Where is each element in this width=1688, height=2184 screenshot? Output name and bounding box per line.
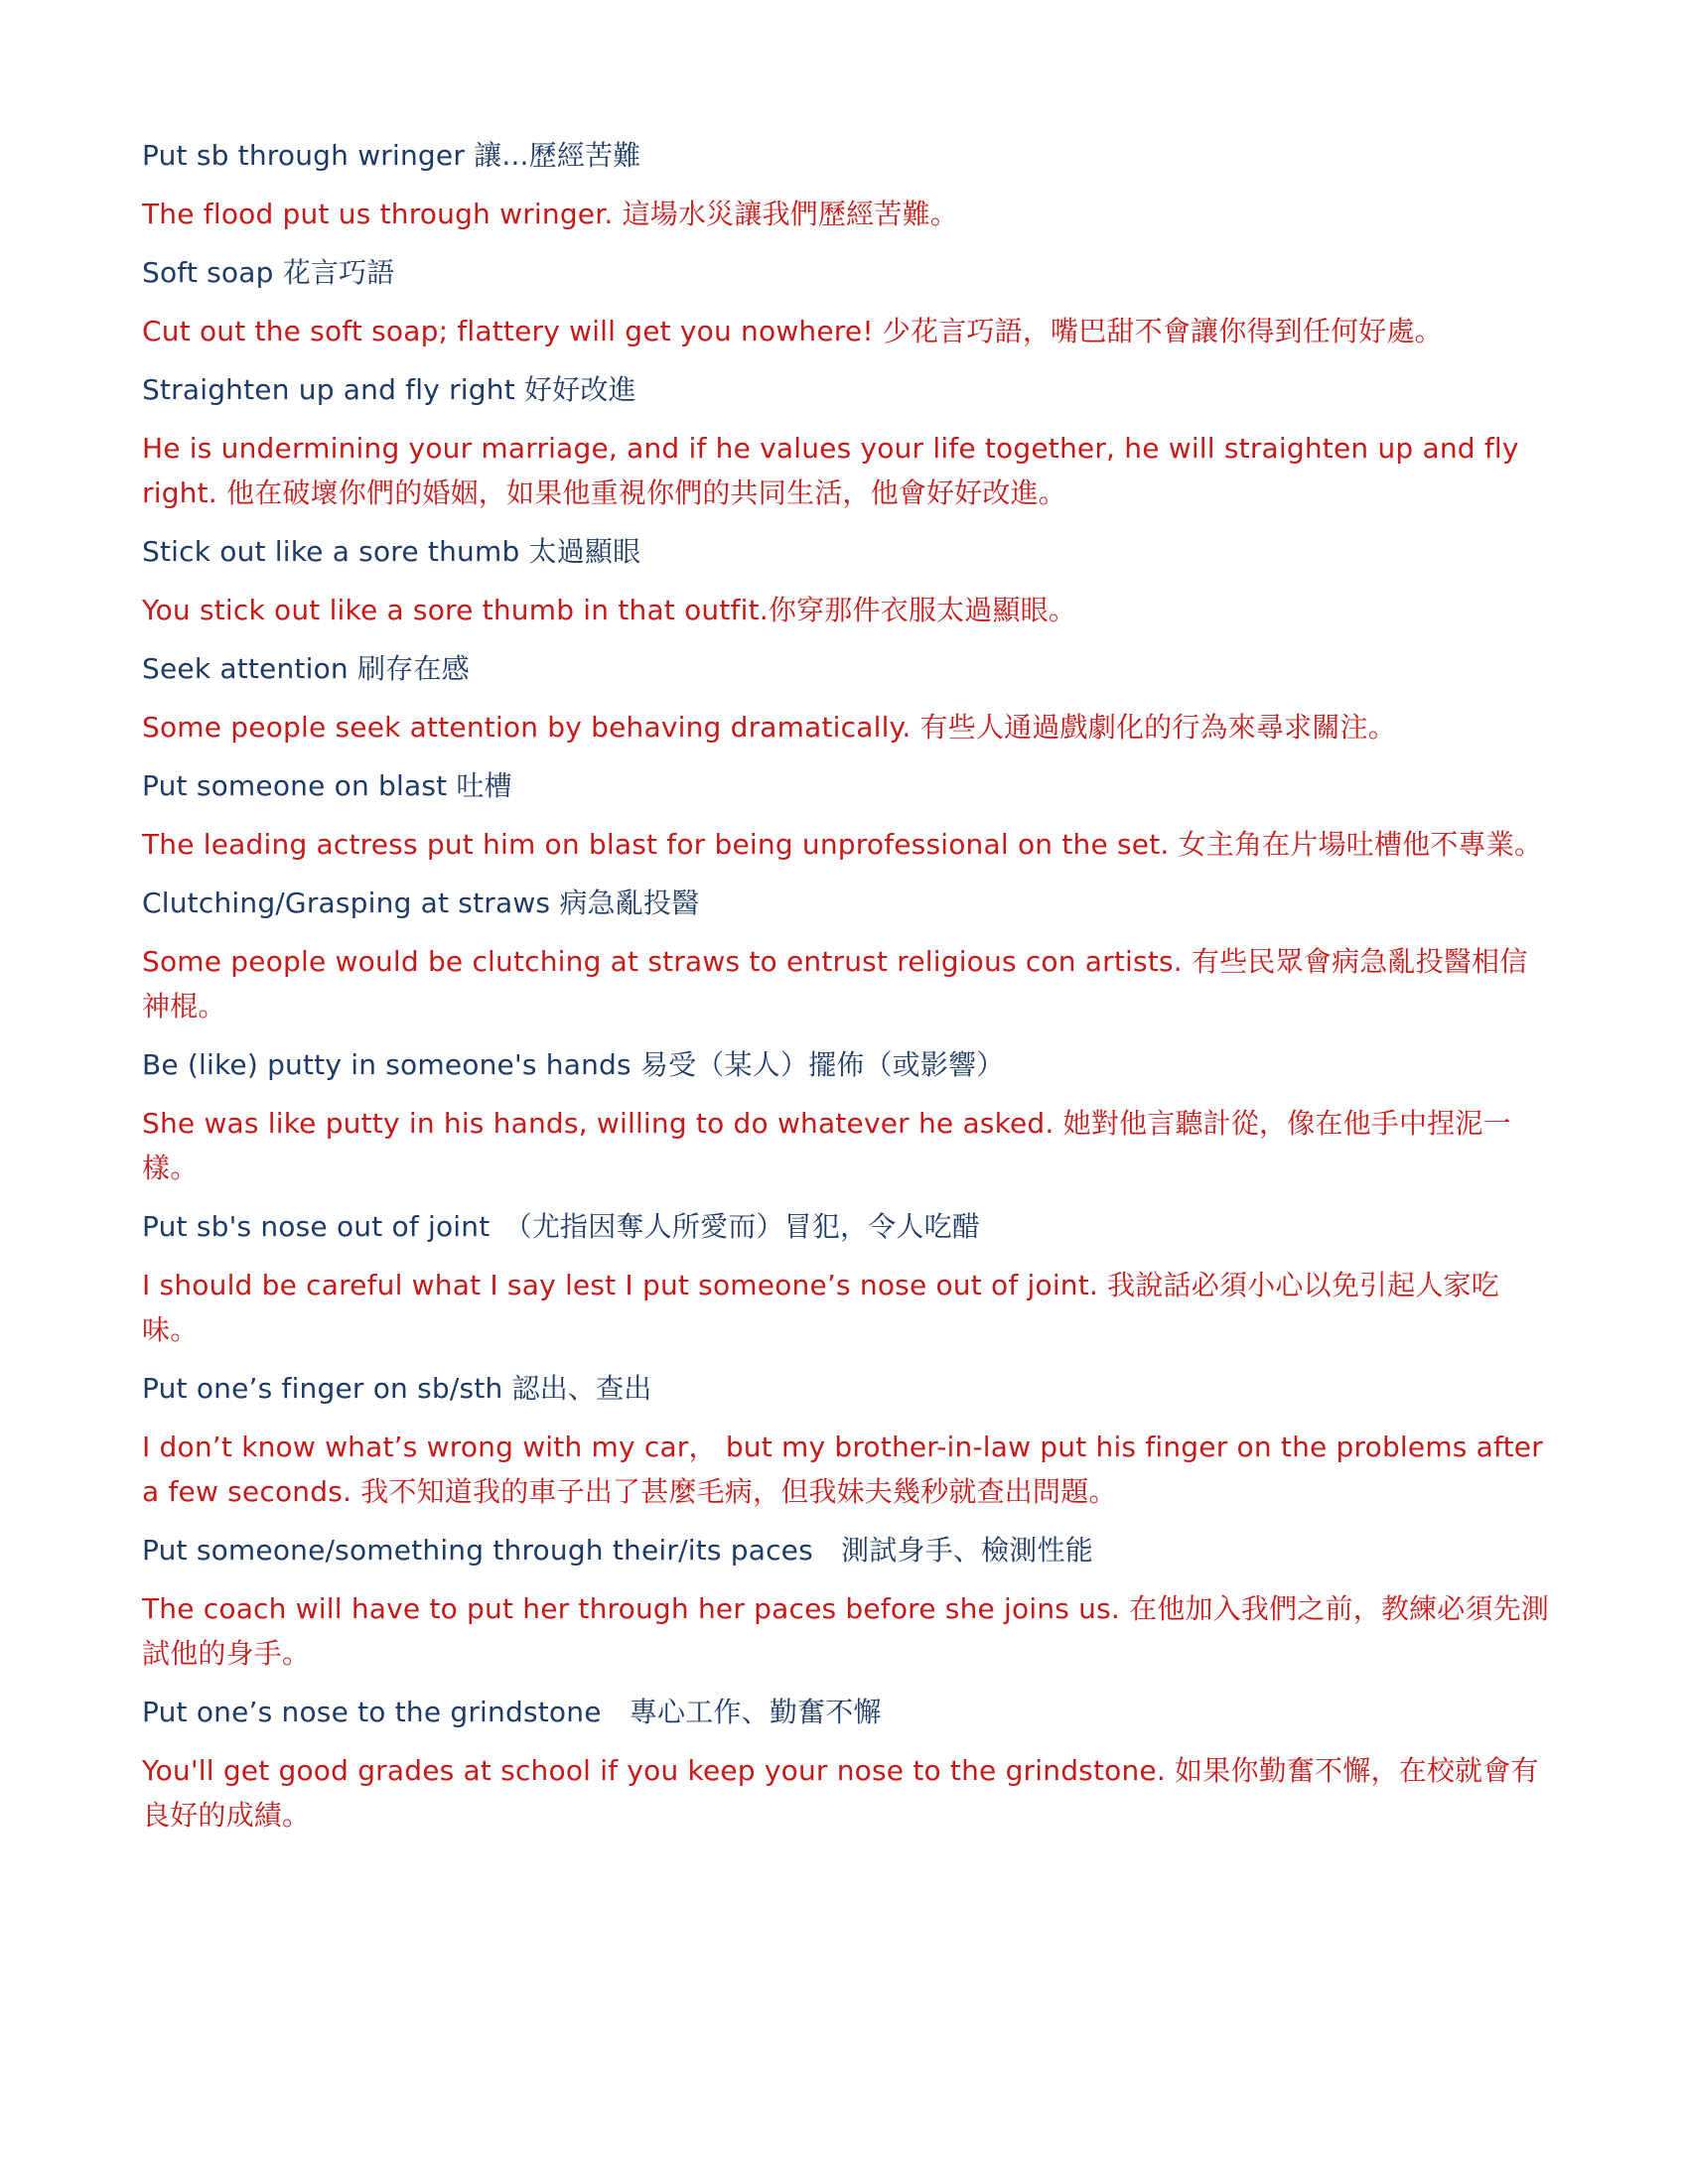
idiom-entry: Seek attention 刷存在感 Some people seek att… [142,646,1551,750]
idiom-heading: Stick out like a sore thumb 太過顯眼 [142,529,1551,574]
idiom-entry: Put one’s finger on sb/sth 認出、查出 I don’t… [142,1366,1551,1514]
idiom-heading: Put someone on blast 吐槽 [142,763,1551,808]
example-sentence: He is undermining your marriage, and if … [142,426,1551,515]
example-sentence: The coach will have to put her through h… [142,1586,1551,1676]
example-sentence: The leading actress put him on blast for… [142,822,1551,867]
example-sentence: Some people would be clutching at straws… [142,939,1551,1028]
example-sentence: You'll get good grades at school if you … [142,1748,1551,1838]
example-sentence: You stick out like a sore thumb in that … [142,588,1551,632]
idiom-heading: Put sb through wringer 讓...歷經苦難 [142,133,1551,178]
idiom-heading: Soft soap 花言巧語 [142,250,1551,295]
idiom-heading: Clutching/Grasping at straws 病急亂投醫 [142,881,1551,925]
idiom-entry: Soft soap 花言巧語 Cut out the soft soap; fl… [142,250,1551,353]
document-page: Put sb through wringer 讓...歷經苦難 The floo… [0,0,1688,2184]
example-sentence: The flood put us through wringer. 這場水災讓我… [142,192,1551,236]
idiom-heading: Be (like) putty in someone's hands 易受（某人… [142,1042,1551,1087]
example-sentence: Some people seek attention by behaving d… [142,705,1551,750]
idiom-list: Put sb through wringer 讓...歷經苦難 The floo… [142,133,1551,1838]
idiom-heading: Straighten up and fly right 好好改進 [142,367,1551,412]
example-sentence: I don’t know what’s wrong with my car， b… [142,1425,1551,1514]
example-sentence: I should be careful what I say lest I pu… [142,1263,1551,1352]
idiom-heading: Put one’s nose to the grindstone 專心工作、勤奮… [142,1690,1551,1734]
idiom-entry: Put someone/something through their/its … [142,1528,1551,1676]
idiom-heading: Put sb's nose out of joint （尤指因奪人所愛而）冒犯，… [142,1204,1551,1249]
idiom-entry: Put sb's nose out of joint （尤指因奪人所愛而）冒犯，… [142,1204,1551,1352]
example-sentence: She was like putty in his hands, willing… [142,1101,1551,1190]
idiom-entry: Be (like) putty in someone's hands 易受（某人… [142,1042,1551,1190]
idiom-entry: Put sb through wringer 讓...歷經苦難 The floo… [142,133,1551,236]
idiom-heading: Put someone/something through their/its … [142,1528,1551,1572]
idiom-entry: Put someone on blast 吐槽 The leading actr… [142,763,1551,867]
idiom-entry: Stick out like a sore thumb 太過顯眼 You sti… [142,529,1551,632]
idiom-entry: Put one’s nose to the grindstone 專心工作、勤奮… [142,1690,1551,1838]
idiom-heading: Put one’s finger on sb/sth 認出、查出 [142,1366,1551,1411]
idiom-entry: Straighten up and fly right 好好改進 He is u… [142,367,1551,515]
example-sentence: Cut out the soft soap; flattery will get… [142,309,1551,353]
idiom-heading: Seek attention 刷存在感 [142,646,1551,691]
idiom-entry: Clutching/Grasping at straws 病急亂投醫 Some … [142,881,1551,1028]
